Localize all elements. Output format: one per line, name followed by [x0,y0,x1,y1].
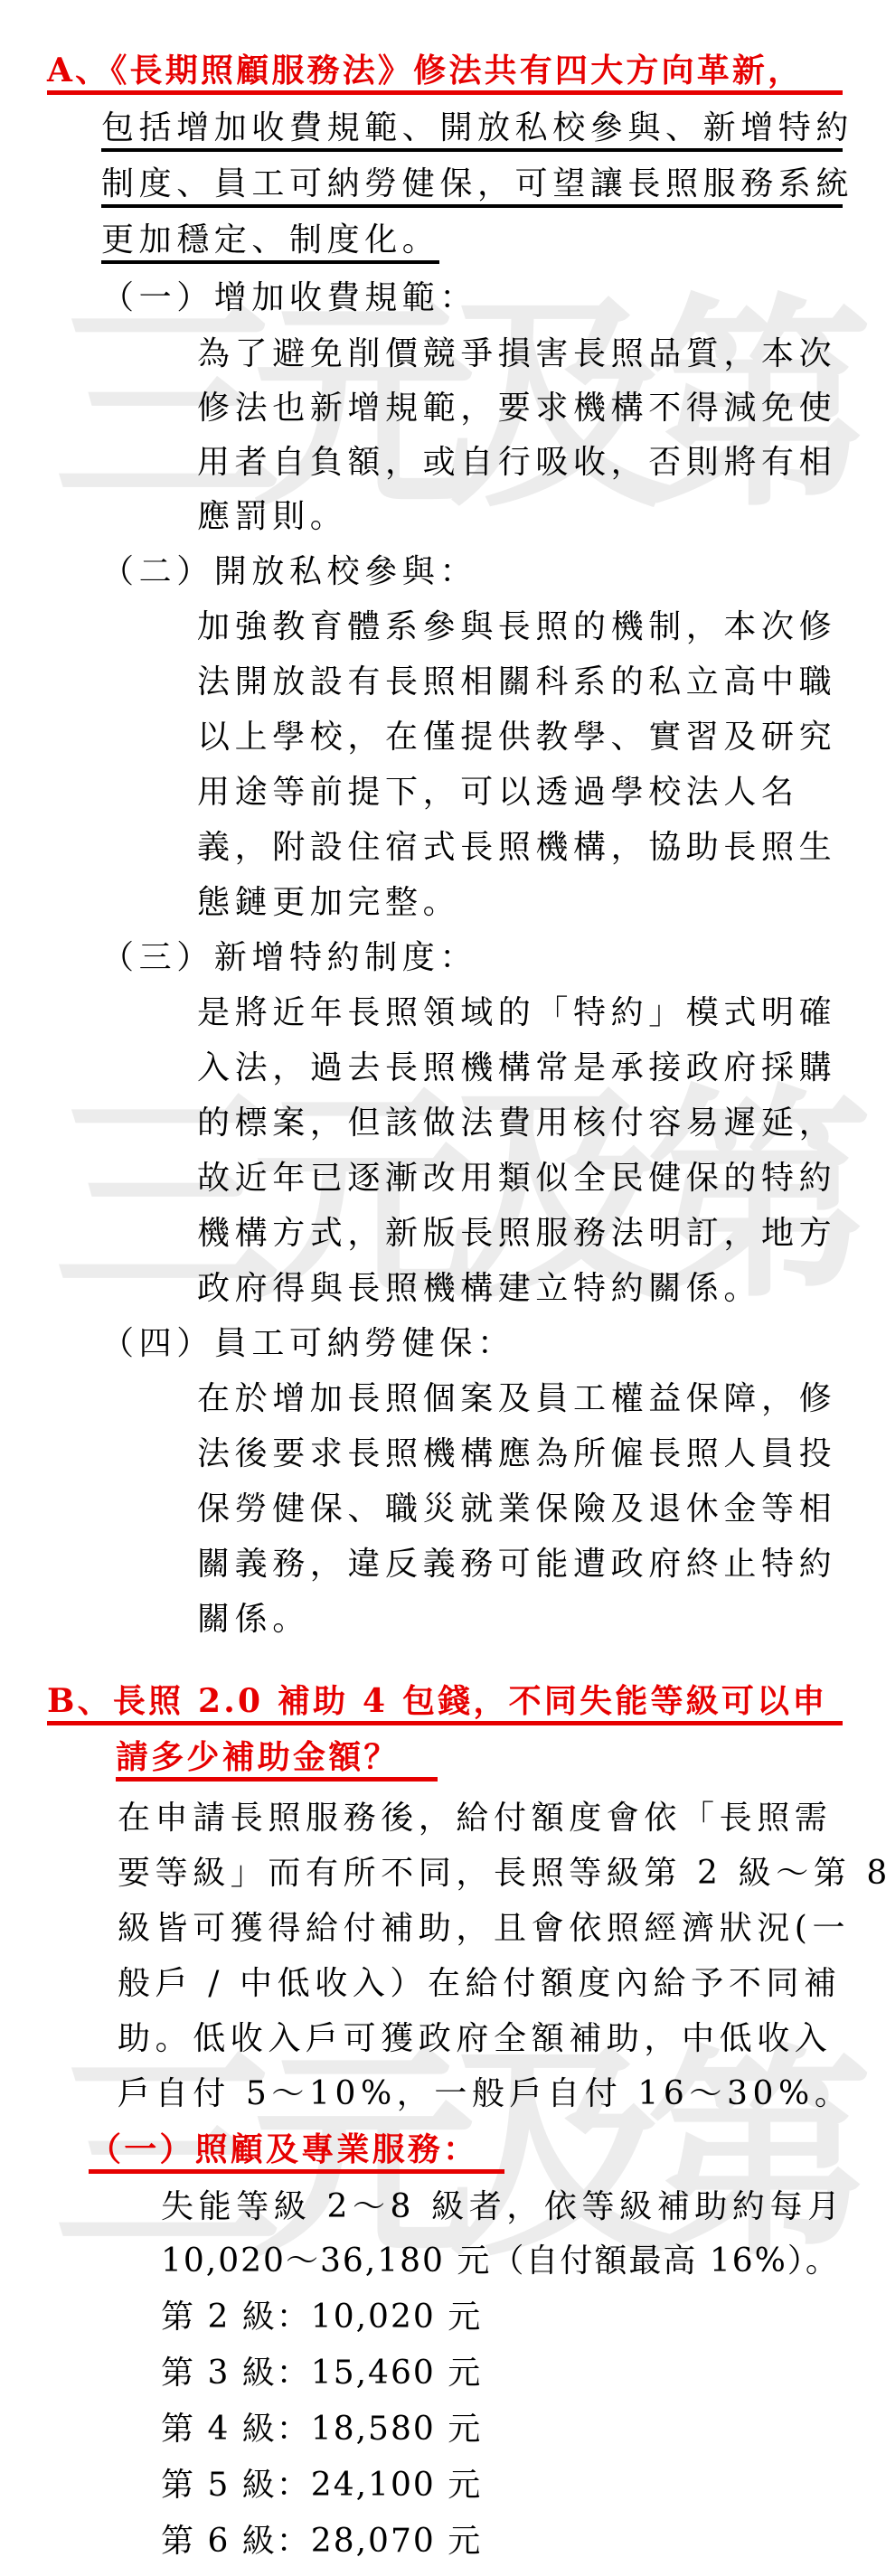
item-body-line: 關義務，違反義務可能遭政府終止特約 [197,1545,836,1584]
item-body-line: 加強教育體系參與長照的機制，本次修 [197,607,836,647]
level-item: 第 6 級：28,070 元 [161,2522,482,2562]
item-body-line: 法後要求長照機構應為所僱長照人員投 [197,1434,836,1474]
level-label: 第 2 級： [161,2299,311,2336]
section-b-body-line: 級皆可獲得給付補助，且會依照經濟狀況(一 [118,1909,850,1949]
item-body-line: 是將近年長照領域的「特約」模式明確 [197,993,836,1033]
level-item: 第 5 級：24,100 元 [161,2466,482,2505]
section-b-body-line: 助。低收入戶可獲政府全額補助，中低收入 [118,2019,832,2059]
item-heading-fee-rules: （一）增加收費規範： [101,278,477,318]
level-amount: 10,020 元 [311,2299,482,2336]
level-item: 第 4 級：18,580 元 [161,2410,482,2449]
section-b-title-cont: 請多少補助金額？ [116,1737,438,1782]
section-b-title: B、長照 2.0 補助 4 包錢，不同失能等級可以申 [47,1681,843,1725]
level-amount: 15,460 元 [311,2355,482,2392]
item-body-line: 的標案，但該做法費用核付容易遲延， [197,1104,836,1143]
item-body-line: 用者自負額，或自行吸收，否則將有相 [197,443,836,483]
item-body-line: 關係。 [197,1600,310,1640]
section-a-summary-line: 制度、員工可納勞健保，可望讓長照服務系統 [101,165,843,208]
item-body-line: 法開放設有長照相關科系的私立高中職 [197,663,836,702]
section-a-summary-line: 包括增加收費規範、開放私校參與、新增特約 [101,108,843,152]
section-a-title: A、《長期照顧服務法》修法共有四大方向革新， [47,51,843,95]
section-b-body-line: 般戶 / 中低收入）在給付額度內給予不同補 [118,1964,842,2004]
item-body-line: 修法也新增規範，要求機構不得減免使 [197,389,836,428]
section-b-body-line: 要等級」而有所不同，長照等級第 2 級～第 8 [118,1854,886,1894]
subsection-body-line: 10,020～36,180 元（自付額最高 16%）。 [161,2242,840,2281]
section-a-summary-line: 更加穩定、制度化。 [101,221,439,264]
level-item: 第 2 級：10,020 元 [161,2298,482,2337]
item-body-line: 入法，過去長照機構常是承接政府採購 [197,1048,836,1088]
item-body-line: 機構方式，新版長照服務法明訂，地方 [197,1214,836,1254]
item-body-line: 義，附設住宿式長照機構，協助長照生 [197,828,836,868]
item-body-line: 用途等前提下，可以透過學校法人名 [197,773,799,813]
subsection-care-services-heading: （一）照顧及專業服務： [89,2129,504,2174]
item-heading-contract-system: （三）新增特約制度： [101,938,477,978]
level-label: 第 5 級： [161,2467,311,2504]
item-body-line: 以上學校，在僅提供教學、實習及研究 [197,718,836,757]
section-b-body-line: 在申請長照服務後，給付額度會依「長照需 [118,1799,832,1838]
item-body-line: 為了避免削價競爭損害長照品質，本次 [197,334,836,374]
item-heading-private-schools: （二）開放私校參與： [101,552,477,592]
item-body-line: 在於增加長照個案及員工權益保障，修 [197,1379,836,1419]
item-body-line: 政府得與長照機構建立特約關係。 [197,1269,761,1309]
level-amount: 24,100 元 [311,2467,482,2504]
item-body-line: 態鏈更加完整。 [197,883,460,923]
item-body-line: 應罰則。 [197,497,347,537]
level-label: 第 4 級： [161,2411,311,2448]
section-b-body-line: 戶自付 5～10%，一般戶自付 16～30%。 [118,2074,852,2114]
level-label: 第 6 級： [161,2523,311,2560]
subsection-body-line: 失能等級 2～8 級者，依等級補助約每月 [161,2187,845,2227]
level-item: 第 3 級：15,460 元 [161,2354,482,2393]
item-heading-labor-health-insurance: （四）員工可納勞健保： [101,1324,515,1364]
level-amount: 28,070 元 [311,2523,482,2560]
level-label: 第 3 級： [161,2355,311,2392]
level-amount: 18,580 元 [311,2411,482,2448]
item-body-line: 保勞健保、職災就業保險及退休金等相 [197,1490,836,1529]
item-body-line: 故近年已逐漸改用類似全民健保的特約 [197,1159,836,1199]
